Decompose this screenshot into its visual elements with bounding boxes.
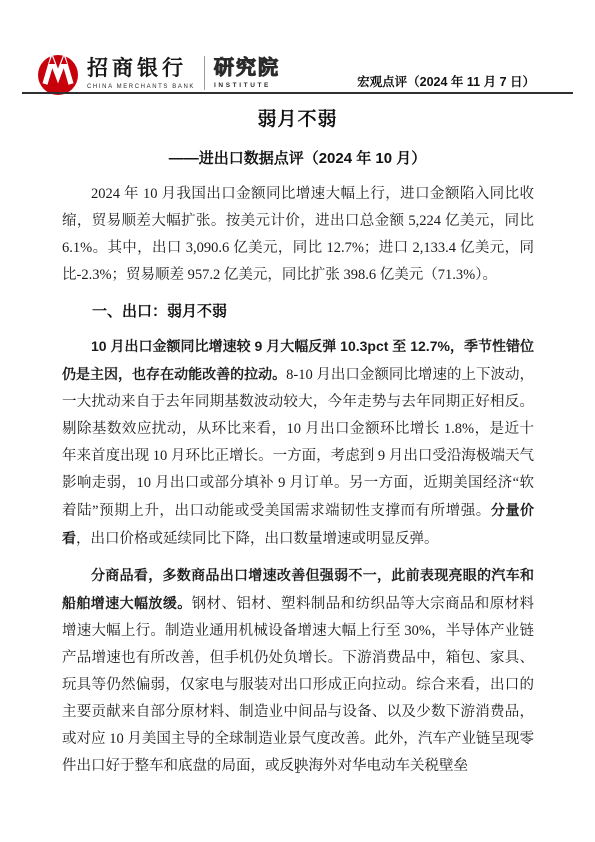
report-title: 弱月不弱	[0, 104, 595, 131]
paragraph-segment: 2024 年 10 月我国出口金额同比增速大幅上行，进口金额陷入同比收缩，贸易顺…	[62, 186, 534, 283]
section-heading: 一、出口：弱月不弱	[62, 298, 534, 325]
paragraph: 分商品看，多数商品出口增速改善但强弱不一，此前表现亮眼的汽车和船舶增速大幅放缓。…	[62, 562, 534, 780]
institute-block: 研究院 INSTITUTE	[214, 57, 280, 91]
report-subtitle: ——进出口数据点评（2024 年 10 月）	[0, 147, 595, 168]
page-number: 1	[0, 764, 595, 776]
paragraph-segment: ，出口价格或延续同比下降，出口数量增速或明显反弹。	[76, 531, 439, 547]
header-rule	[22, 92, 573, 94]
paragraph-segment: 钢材、铝材、塑料制品和纺织品等大宗商品和原材料增速大幅上行。制造业通用机械设备增…	[62, 596, 534, 774]
paragraph: 2024 年 10 月我国出口金额同比增速大幅上行，进口金额陷入同比收缩，贸易顺…	[62, 181, 534, 289]
report-page: 招商银行 CHINA MERCHANTS BANK 研究院 INSTITUTE …	[0, 0, 595, 842]
page-header: 招商银行 CHINA MERCHANTS BANK 研究院 INSTITUTE …	[36, 48, 535, 96]
paragraph-segment: 8-10 月出口金额同比增速的上下波动，一大扰动来自于去年同期基数波动较大，今年…	[62, 367, 534, 519]
institute-name: 研究院	[214, 57, 280, 80]
paragraph: 10 月出口金额同比增速较 9 月大幅反弹 10.3pct 至 12.7%，季节…	[62, 333, 534, 553]
bank-name-block: 招商银行 CHINA MERCHANTS BANK	[87, 57, 195, 91]
bank-name-en: CHINA MERCHANTS BANK	[87, 83, 195, 91]
cmb-logo-group: 招商银行 CHINA MERCHANTS BANK 研究院 INSTITUTE	[36, 52, 280, 96]
document-body: 2024 年 10 月我国出口金额同比增速大幅上行，进口金额陷入同比收缩，贸易顺…	[62, 181, 534, 789]
logo-divider	[204, 56, 205, 90]
cmb-bank-logo-icon	[36, 52, 80, 96]
bank-name: 招商银行	[87, 57, 195, 81]
institute-name-en: INSTITUTE	[214, 82, 280, 90]
